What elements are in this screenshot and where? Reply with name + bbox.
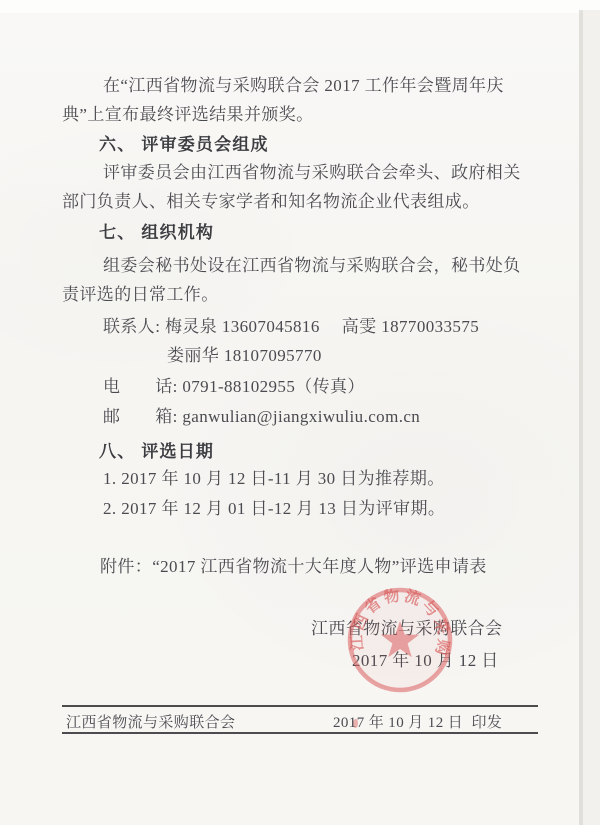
heading-section7: 七、 组织机构: [99, 222, 214, 244]
scan-right-edge-shadow: [579, 10, 583, 825]
scanned-document-page: 在“江西省物流与采购联合会 2017 工作年会暨周年庆 典”上宣布最终评选结果并…: [0, 0, 600, 825]
signature-org: 江西省物流与采购联合会: [311, 618, 502, 640]
seal-ring: [350, 590, 450, 690]
para-secretariat-line2: 责评选的日常工作。: [62, 284, 219, 306]
heading-section6: 六、 评审委员会组成: [99, 134, 269, 156]
para-secretariat-line1: 组委会秘书处设在江西省物流与采购联合会，秘书处负: [103, 255, 521, 277]
para-announce-line2: 典”上宣布最终评选结果并颁奖。: [62, 104, 314, 126]
para-announce-line1: 在“江西省物流与采购联合会 2017 工作年会暨周年庆: [103, 75, 504, 97]
footer-issuing-org: 江西省物流与采购联合会: [66, 711, 235, 732]
contact-email-line: 邮 箱: ganwulian@jiangxiwuliu.com.cn: [103, 406, 420, 428]
attachment-line: 附件：“2017 江西省物流十大年度人物”评选申请表: [100, 556, 487, 578]
contact-persons-line2: 娄丽华 18107095770: [167, 345, 322, 367]
schedule-line1: 1. 2017 年 10 月 12 日-11 月 30 日为推荐期。: [103, 468, 445, 490]
para-committee-line2: 部门负责人、相关专家学者和知名物流企业代表组成。: [62, 191, 480, 213]
contact-phone-line: 电 话: 0791-88102955（传真）: [103, 376, 365, 398]
scan-top-band: [0, 0, 600, 13]
heading-section8: 八、 评选日期: [99, 441, 214, 463]
scan-right-margin: [583, 10, 600, 825]
schedule-line2: 2. 2017 年 12 月 01 日-12 月 13 日为评审期。: [103, 498, 445, 520]
contact-persons-line1: 联系人: 梅灵泉 13607045816 高雯 18770033575: [103, 316, 479, 338]
footer-rule-top: [62, 705, 538, 707]
para-committee-line1: 评审委员会由江西省物流与采购联合会牵头、政府相关: [103, 162, 521, 184]
footer-rule-bottom: [62, 732, 538, 734]
signature-date: 2017 年 10 月 12 日: [352, 650, 499, 672]
footer-print-date: 2017 年 10 月 12 日 印发: [333, 711, 502, 732]
